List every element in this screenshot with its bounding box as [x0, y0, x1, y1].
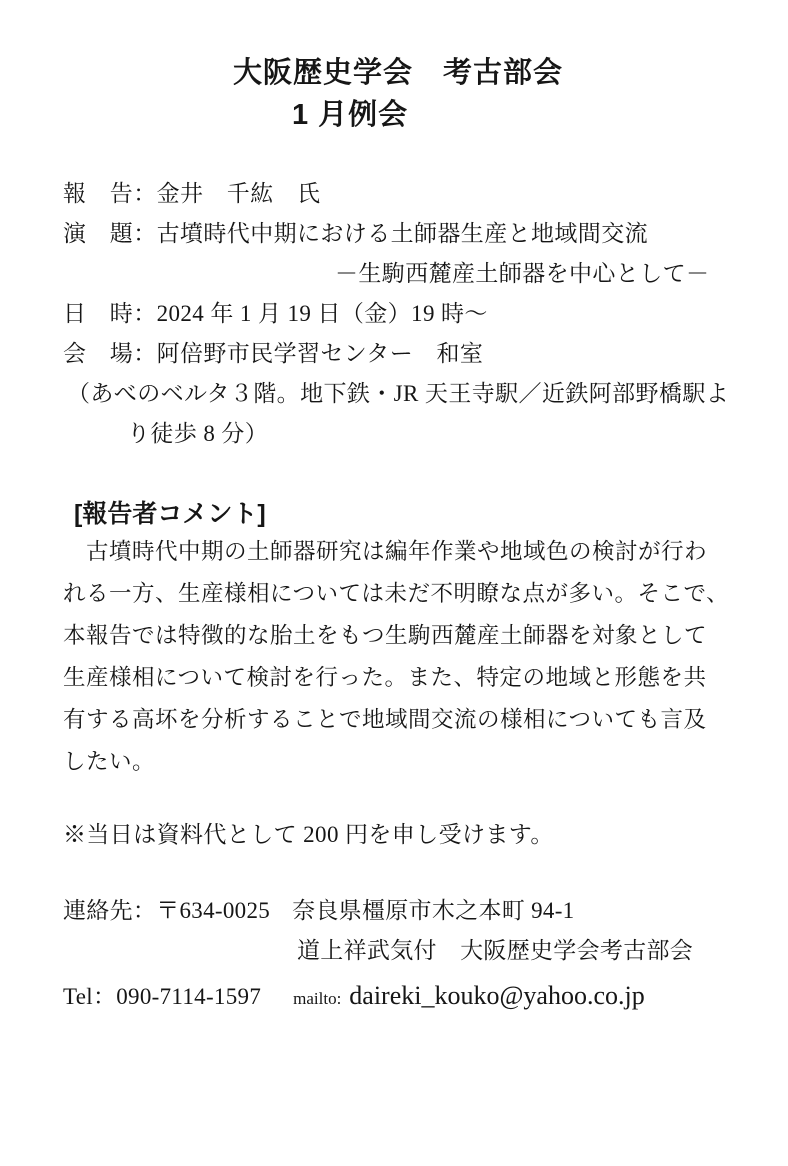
- topic-subtitle: －生駒西麓産土師器を中心として－: [335, 254, 729, 294]
- mailto-label: mailto:: [293, 989, 341, 1008]
- presenter-name: 金井 千紘 氏: [157, 181, 321, 206]
- postal-code: 〒634-0025: [156, 898, 270, 923]
- email-address: daireki_kouko@yahoo.co.jp: [349, 981, 644, 1010]
- comment-line: 生産様相について検討を行った。また、特定の地域と形態を共: [63, 657, 763, 699]
- venue-line: 会 場：阿倍野市民学習センター 和室: [63, 334, 729, 374]
- venue-value: 阿倍野市民学習センター 和室: [157, 341, 484, 366]
- venue-label: 会 場：: [63, 341, 157, 366]
- venue-note-line-2: り徒歩 8 分）: [127, 414, 729, 454]
- fee-note: ※当日は資料代として 200 円を申し受けます。: [63, 820, 554, 850]
- comment-line: 有する高坏を分析することで地域間交流の様相についても言及: [63, 699, 763, 741]
- topic-label: 演 題：: [63, 221, 157, 246]
- topic-title: 古墳時代中期における土師器生産と地域間交流: [157, 221, 648, 246]
- comment-line: 本報告では特徴的な胎土をもつ生駒西麓産土師器を対象として: [63, 615, 763, 657]
- datetime-line: 日 時：2024 年 1 月 19 日（金）19 時～: [63, 294, 729, 334]
- datetime-value: 2024 年 1 月 19 日（金）19 時～: [157, 301, 488, 326]
- comment-line: したい。: [63, 741, 763, 783]
- datetime-label: 日 時：: [63, 301, 157, 326]
- presenter-line: 報 告：金井 千紘 氏: [63, 174, 729, 214]
- tel-number: 090-7114-1597: [116, 984, 261, 1009]
- comment-line: 古墳時代中期の土師器研究は編年作業や地域色の検討が行わ: [63, 531, 763, 573]
- presenter-label: 報 告：: [63, 181, 157, 206]
- contact-block: 連絡先：〒634-0025奈良県橿原市木之本町 94-1 道上祥武気付 大阪歴史…: [63, 891, 693, 1019]
- postal-address: 奈良県橿原市木之本町 94-1: [292, 898, 574, 923]
- venue-note-line-1: （あべのベルタ３階。地下鉄・JR 天王寺駅／近鉄阿部野橋駅よ: [67, 374, 729, 414]
- tel-label: Tel：: [63, 984, 116, 1009]
- document-title-line-2: 1 月例会: [292, 98, 408, 132]
- comment-line: れる一方、生産様相については未だ不明瞭な点が多い。そこで、: [63, 573, 763, 615]
- document-title-line-1: 大阪歴史学会 考古部会: [233, 56, 563, 90]
- contact-tel-line: Tel：090-7114-1597mailto:daireki_kouko@ya…: [63, 976, 693, 1019]
- contact-careof-line: 道上祥武気付 大阪歴史学会考古部会: [297, 931, 693, 971]
- topic-line: 演 題：古墳時代中期における土師器生産と地域間交流: [63, 214, 729, 254]
- contact-label: 連絡先：: [63, 898, 156, 923]
- contact-address-line: 連絡先：〒634-0025奈良県橿原市木之本町 94-1: [63, 891, 693, 931]
- meeting-details: 報 告：金井 千紘 氏 演 題：古墳時代中期における土師器生産と地域間交流 －生…: [63, 174, 729, 454]
- comment-heading: [報告者コメント]: [74, 499, 266, 529]
- document-page: 大阪歴史学会 考古部会 1 月例会 報 告：金井 千紘 氏 演 題：古墳時代中期…: [0, 0, 788, 1166]
- comment-body: 古墳時代中期の土師器研究は編年作業や地域色の検討が行わ れる一方、生産様相につい…: [63, 531, 763, 783]
